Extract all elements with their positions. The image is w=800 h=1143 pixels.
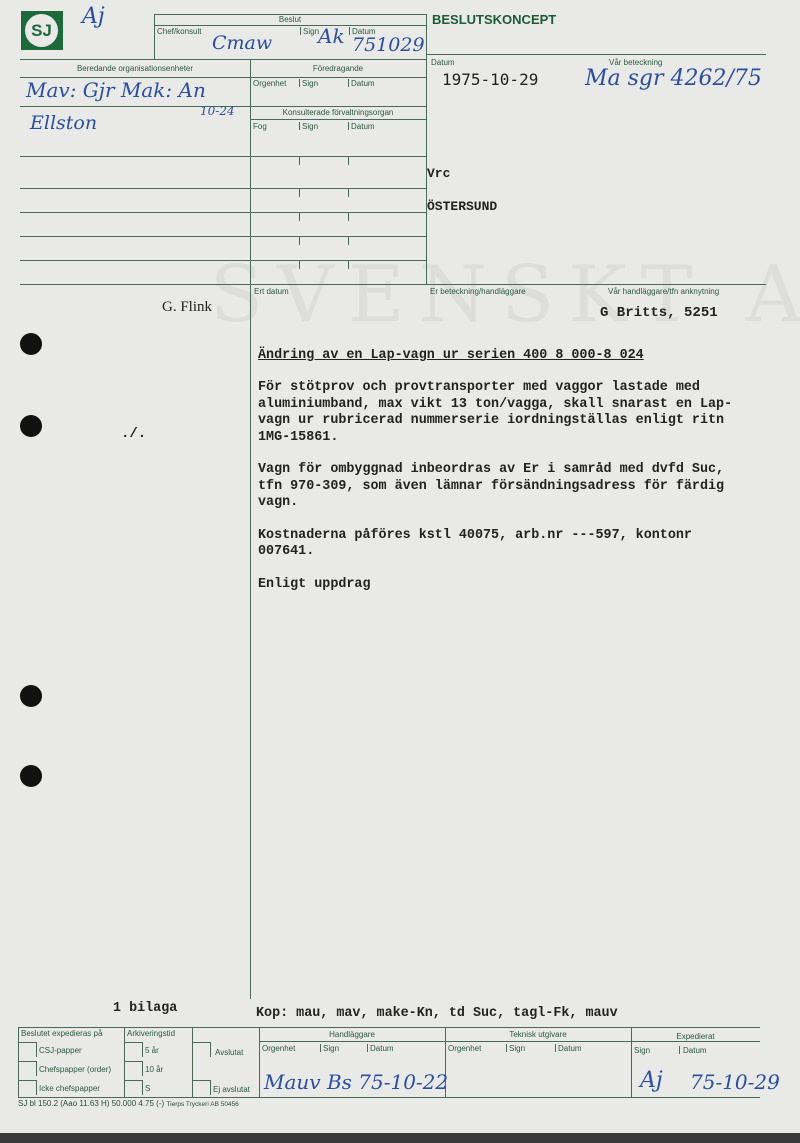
document-page: SVENSKT ARKIV SJ Aj BESLUTSKONCEPT Beslu… [0,0,800,1133]
datum-label: Datum [431,58,455,67]
punch-hole [20,415,42,437]
handlaggare-entry: Mauv Bs 75-10-22 [264,1070,448,1094]
konsulterade-label: Konsulterade förvaltningsorgan [250,108,426,117]
print-info: SJ bl 150.2 (Aao 11.63 H) 50.000 4.75 (-… [18,1099,239,1108]
checkbox-10-ar[interactable] [124,1061,143,1076]
foredragande-label: Föredragande [250,64,426,73]
beredande-label: Beredande organisationsenheter [20,64,250,73]
subject-line: Ändring av en Lap-vagn ur serien 400 8 0… [258,348,644,363]
sj-logo: SJ [21,11,63,50]
teknisk-utgivare-label: Teknisk utgivare [445,1030,631,1039]
punch-hole [20,685,42,707]
checkbox-chefspapper[interactable] [18,1061,37,1076]
var-handlaggare: G Britts, 5251 [600,305,718,321]
var-beteckning: Ma sgr 4262/75 [585,66,762,91]
form-title: BESLUTSKONCEPT [432,12,556,27]
handlaggare-label: Handläggare [259,1030,445,1039]
expedierat-sign: Aj [640,1068,663,1093]
checkbox-avslutat[interactable] [192,1042,211,1057]
letter-body: För stötprov och provtransporter med vag… [258,380,788,609]
top-initials: Aj [82,4,105,29]
copies-list: Kop: mau, mav, make-Kn, td Suc, tagl-Fk,… [256,1006,618,1021]
recipient-line-2: ÖSTERSUND [427,199,497,214]
arkivering-label: Arkiveringstid [127,1029,175,1038]
enclosure-mark: ./. [121,426,146,442]
beredande-entry-1: Mav: Gjr Mak: An [26,78,206,102]
scan-edge [0,1133,800,1143]
beslut-sign: Ak [318,24,345,48]
sender-name: G. Flink [162,299,212,316]
checkbox-s[interactable] [124,1080,143,1095]
punch-hole [20,333,42,355]
expedierat-label: Expedierat [631,1032,760,1041]
chef-signature: Cmaw [212,32,272,54]
recipient-line-1: Vrc [427,166,450,181]
expedieras-label: Beslutet expedieras på [21,1029,102,1038]
expedierat-datum: 75-10-29 [690,1070,780,1094]
beredande-entry-2: Ellston [30,112,97,134]
ert-datum-label: Ert datum [254,287,289,296]
checkbox-icke-chefspapper[interactable] [18,1080,37,1095]
punch-hole [20,765,42,787]
paragraph: För stötprov och provtransporter med vag… [258,380,788,446]
paragraph: Vagn för ombyggnad inbeordras av Er i sa… [258,462,788,512]
document-date: 1975-10-29 [442,70,538,89]
checkbox-5-ar[interactable] [124,1042,143,1057]
er-beteckning-label: Er beteckning/handläggare [430,287,526,296]
beslut-header: Beslut [154,15,426,24]
beredande-date: 10-24 [200,104,235,118]
checkbox-ej-avslutat[interactable] [192,1080,211,1095]
chef-label: Chef/konsult [157,27,201,36]
paragraph: Kostnaderna påföres kstl 40075, arb.nr -… [258,528,788,561]
var-handlaggare-label: Vår handläggare/tfn anknytning [608,287,719,296]
closing: Enligt uppdrag [258,577,788,594]
bilaga: 1 bilaga [113,1001,177,1016]
checkbox-csj-papper[interactable] [18,1042,37,1057]
beslut-datum: 751029 [352,34,425,56]
